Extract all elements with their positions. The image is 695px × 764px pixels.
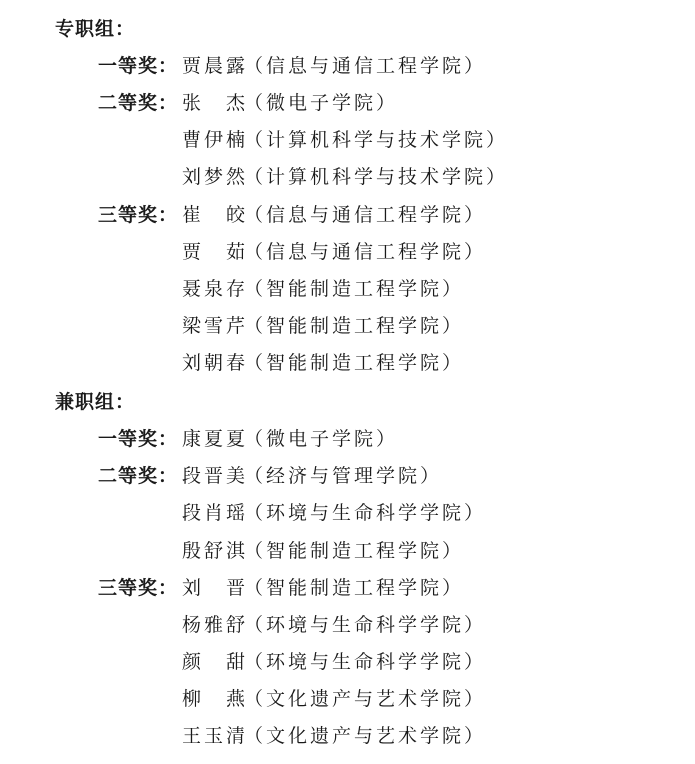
winner-name: 王玉清 bbox=[182, 721, 248, 748]
list-item: 曹伊楠 （计算机科学与技术学院） bbox=[0, 125, 695, 162]
list-item: 聂泉存 （智能制造工程学院） bbox=[0, 274, 695, 311]
winner-name: 贾晨露 bbox=[182, 51, 248, 78]
list-item: 柳 燕 （文化遗产与艺术学院） bbox=[0, 684, 695, 721]
list-item: 一等奖： 康夏夏 （微电子学院） bbox=[0, 424, 695, 461]
winner-department: （智能制造工程学院） bbox=[244, 274, 464, 301]
winner-name: 柳 燕 bbox=[182, 684, 248, 711]
winner-department: （微电子学院） bbox=[244, 424, 398, 451]
winner-name: 贾 茹 bbox=[182, 237, 248, 264]
list-item: 二等奖： 段晋美 （经济与管理学院） bbox=[0, 461, 695, 498]
winner-name: 刘梦然 bbox=[182, 162, 248, 189]
winner-department: （文化遗产与艺术学院） bbox=[244, 721, 486, 748]
list-item: 段肖瑶 （环境与生命科学学院） bbox=[0, 498, 695, 535]
list-item: 二等奖： 张 杰 （微电子学院） bbox=[0, 88, 695, 125]
winner-name: 曹伊楠 bbox=[182, 125, 248, 152]
award-level: 三等奖： bbox=[98, 200, 178, 227]
list-item: 王玉清 （文化遗产与艺术学院） bbox=[0, 721, 695, 758]
winner-name: 刘 晋 bbox=[182, 573, 248, 600]
winner-department: （经济与管理学院） bbox=[244, 461, 442, 488]
list-item: 刘朝春 （智能制造工程学院） bbox=[0, 348, 695, 385]
winner-name: 崔 皎 bbox=[182, 200, 248, 227]
winner-department: （计算机科学与技术学院） bbox=[244, 162, 508, 189]
winner-department: （微电子学院） bbox=[244, 88, 398, 115]
list-item: 颜 甜 （环境与生命科学学院） bbox=[0, 647, 695, 684]
award-level: 二等奖： bbox=[98, 88, 178, 115]
list-item: 殷舒淇 （智能制造工程学院） bbox=[0, 536, 695, 573]
winner-name: 张 杰 bbox=[182, 88, 248, 115]
winner-department: （信息与通信工程学院） bbox=[244, 51, 486, 78]
award-level: 三等奖： bbox=[98, 573, 178, 600]
award-level: 二等奖： bbox=[98, 461, 178, 488]
list-item: 杨雅舒 （环境与生命科学学院） bbox=[0, 610, 695, 647]
winner-name: 段晋美 bbox=[182, 461, 248, 488]
award-level: 一等奖： bbox=[98, 51, 178, 78]
list-item: 三等奖： 刘 晋 （智能制造工程学院） bbox=[0, 573, 695, 610]
list-item: 梁雪芹 （智能制造工程学院） bbox=[0, 311, 695, 348]
winner-name: 刘朝春 bbox=[182, 348, 248, 375]
list-item: 三等奖： 崔 皎 （信息与通信工程学院） bbox=[0, 200, 695, 237]
list-item: 一等奖： 贾晨露 （信息与通信工程学院） bbox=[0, 51, 695, 88]
winner-department: （文化遗产与艺术学院） bbox=[244, 684, 486, 711]
winner-department: （智能制造工程学院） bbox=[244, 311, 464, 338]
group-title-parttime: 兼职组： bbox=[55, 387, 135, 414]
award-level: 一等奖： bbox=[98, 424, 178, 451]
winner-department: （信息与通信工程学院） bbox=[244, 200, 486, 227]
winner-department: （智能制造工程学院） bbox=[244, 573, 464, 600]
winner-name: 段肖瑶 bbox=[182, 498, 248, 525]
winner-department: （环境与生命科学学院） bbox=[244, 610, 486, 637]
winner-name: 聂泉存 bbox=[182, 274, 248, 301]
group-title-fulltime: 专职组： bbox=[55, 14, 135, 41]
list-item: 贾 茹 （信息与通信工程学院） bbox=[0, 237, 695, 274]
winner-name: 康夏夏 bbox=[182, 424, 248, 451]
winner-department: （智能制造工程学院） bbox=[244, 536, 464, 563]
winner-department: （计算机科学与技术学院） bbox=[244, 125, 508, 152]
winner-name: 颜 甜 bbox=[182, 647, 248, 674]
list-item: 刘梦然 （计算机科学与技术学院） bbox=[0, 162, 695, 199]
winner-name: 杨雅舒 bbox=[182, 610, 248, 637]
winner-department: （环境与生命科学学院） bbox=[244, 647, 486, 674]
winner-name: 殷舒淇 bbox=[182, 536, 248, 563]
winner-name: 梁雪芹 bbox=[182, 311, 248, 338]
winner-department: （智能制造工程学院） bbox=[244, 348, 464, 375]
winner-department: （信息与通信工程学院） bbox=[244, 237, 486, 264]
winner-department: （环境与生命科学学院） bbox=[244, 498, 486, 525]
